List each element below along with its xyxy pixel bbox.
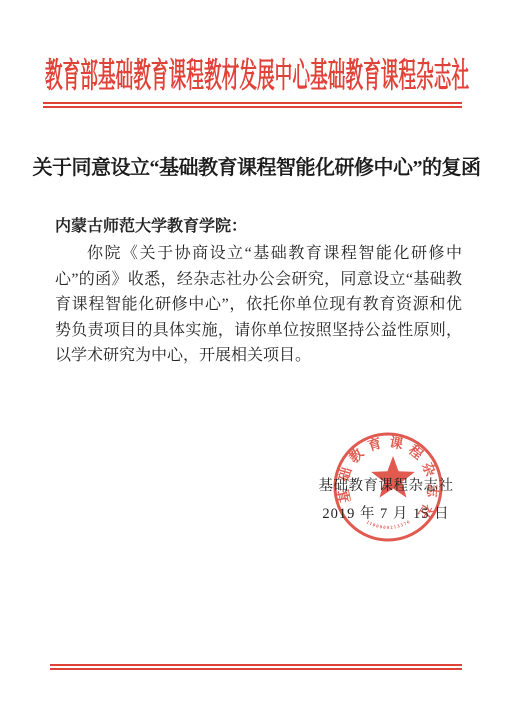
body-paragraph: 你院《关于协商设立“基础教育课程智能化研修中心”的函》收悉，经杂志社办公会研究，… [55, 241, 462, 369]
signature-org: 基础教育课程杂志社 [318, 477, 454, 496]
letterhead-footer-rule [50, 664, 462, 670]
document-page: 教育部基础教育课程教材发展中心基础教育课程杂志社 关于同意设立“基础教育课程智能… [0, 0, 513, 727]
signature-block: 基础教育课程杂志社 2019 年 7 月 15 日 [318, 477, 454, 524]
signature-date: 2019 年 7 月 15 日 [318, 505, 454, 524]
document-title: 关于同意设立“基础教育课程智能化研修中心”的复函 [0, 156, 513, 180]
letterhead-org-name: 教育部基础教育课程教材发展中心基础教育课程杂志社 [44, 57, 468, 97]
recipient-line: 内蒙古师范大学教育学院： [55, 216, 247, 238]
letterhead-top-rule [43, 102, 462, 108]
